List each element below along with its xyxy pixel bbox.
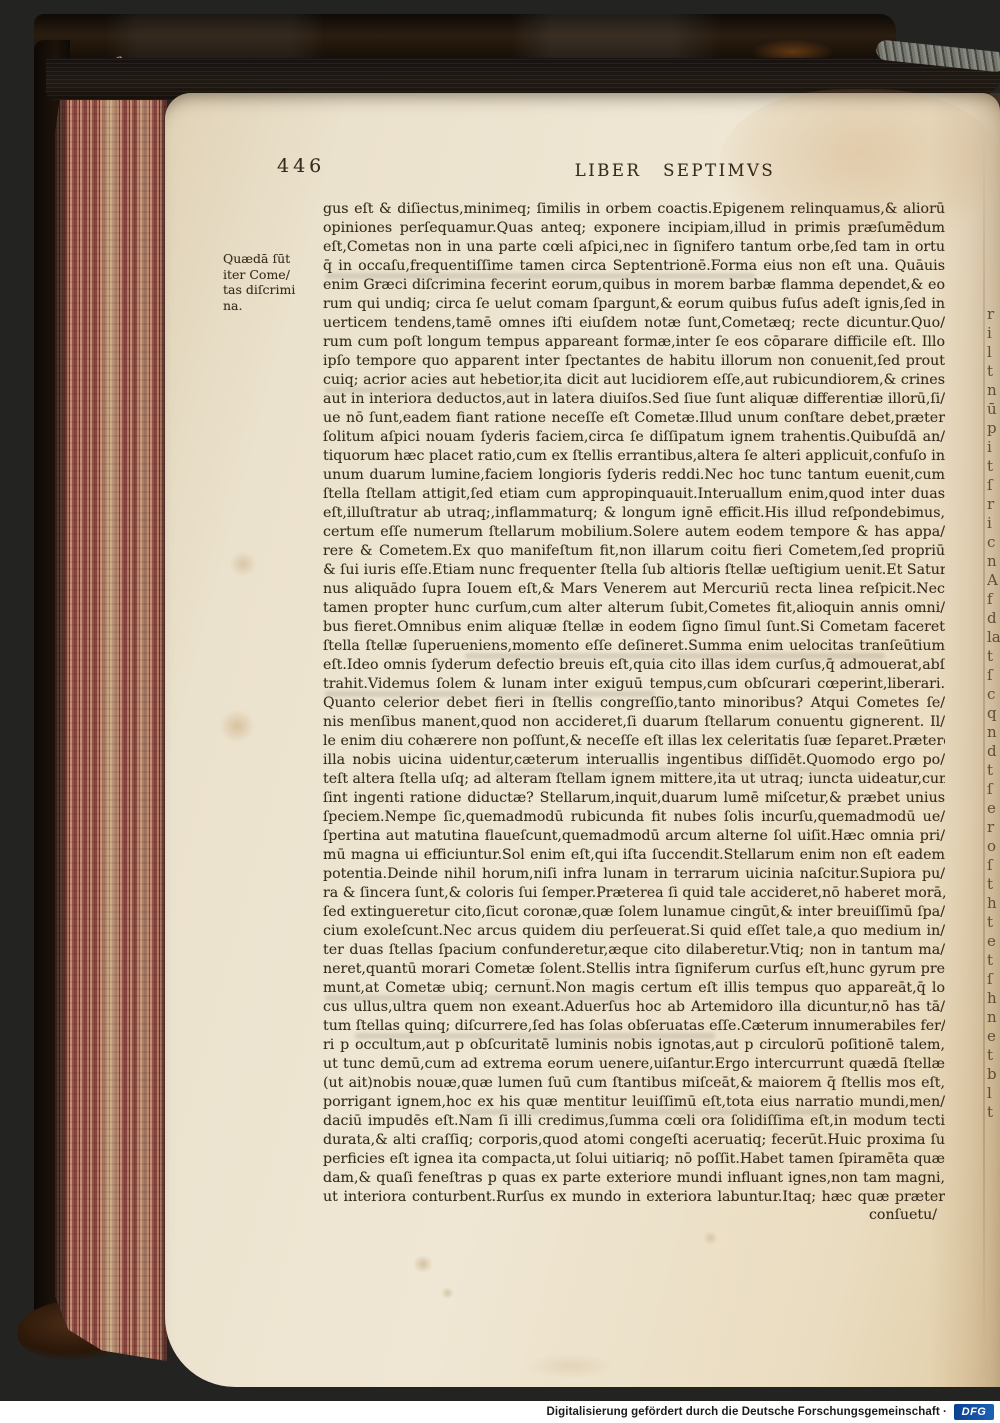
text-line: neret,quantū morari Cometæ ſolent.Stelli… — [323, 960, 945, 979]
text-line: cium exoleſcunt.Nec arcus quidem diu per… — [323, 922, 945, 941]
edge-letter: c — [987, 533, 1000, 552]
page-number: 446 — [277, 155, 325, 177]
edge-letter: t — [987, 1103, 1000, 1122]
edge-letter: r — [987, 818, 1000, 837]
text-line: potentia.Deinde nihil horum,niſi infra l… — [323, 865, 945, 884]
edge-letter: t — [987, 362, 1000, 381]
text-line: porrigant ignem,hoc ex his quæ mentitur … — [323, 1093, 945, 1112]
facing-page-edge-text: riltnūpitſricnAfdlatſcqndtſeroſthtetſhne… — [987, 305, 1000, 1150]
text-line: perficies eſt ignea ita compacta,ut ſolu… — [323, 1150, 945, 1169]
text-line: cuiq; acrior acies aut hebetior,ita dici… — [323, 371, 945, 390]
text-line: teſt altera ſtella uſq; ad alteram ſtell… — [323, 770, 945, 789]
book-page: 446 LIBER SEPTIMVS Quædā ſūtiter Come/ta… — [165, 93, 1000, 1387]
body-text: gus eſt & diſiectus,minimeq; ſimilis in … — [323, 200, 945, 1207]
text-line: opiniones perſequamur.Quas anteq; expone… — [323, 219, 945, 238]
edge-letter: A — [987, 571, 1000, 590]
running-title: LIBER SEPTIMVS — [525, 161, 825, 180]
text-line: ſint ingenti ratione diductæ? Stellarum,… — [323, 789, 945, 808]
edge-letter: i — [987, 324, 1000, 343]
edge-letter: t — [987, 951, 1000, 970]
edge-letter: e — [987, 1027, 1000, 1046]
text-line: & ſui iuris eſſe.Etiam nunc frequenter ſ… — [323, 561, 945, 580]
text-line: munt,at Cometæ ubiq; cernunt̄.Non magis … — [323, 979, 945, 998]
margin-note-line: na. — [223, 298, 311, 314]
text-line: daciū impudēs eſt.Nam ſi illi credimus,ſ… — [323, 1112, 945, 1131]
edge-letter: i — [987, 514, 1000, 533]
margin-note-line: tas diſcrimi — [223, 282, 311, 298]
edge-letter: n — [987, 723, 1000, 742]
text-line: tiquorum hæc placet ratio,cum ex ſtellis… — [323, 447, 945, 466]
text-line: ſolitum aſpici nouam ſyderis faciem,circ… — [323, 428, 945, 447]
book-scan-photo: 446 LIBER SEPTIMVS Quædā ſūtiter Come/ta… — [0, 0, 1000, 1423]
margin-note-line: iter Come/ — [223, 267, 311, 283]
edge-letter: c — [987, 685, 1000, 704]
text-line: nis menſibus manent,quod non accideret,ſ… — [323, 713, 945, 732]
paper-stain — [441, 1287, 454, 1299]
text-line: ut tunc demū,cum ad extrema eorum uenere… — [323, 1055, 945, 1074]
edge-letter: n — [987, 381, 1000, 400]
margin-note-line: Quædā ſūt — [223, 251, 311, 267]
text-line: ſed extingueretur cito,ſicut coronæ,quæ … — [323, 903, 945, 922]
edge-letter: i — [987, 438, 1000, 457]
text-line: aut in interiora deductos,aut in latera … — [323, 390, 945, 409]
text-line: eſt,illuſtratur ab utraq;,inflammaturq; … — [323, 504, 945, 523]
edge-letter: r — [987, 305, 1000, 324]
text-line: tum ſtellas quinq; diſcurrere,ſed has ſo… — [323, 1017, 945, 1036]
edge-letter: t — [987, 647, 1000, 666]
text-line: ſpertina aut matutina flaueſcunt,quemadm… — [323, 827, 945, 846]
edge-letter: ſ — [987, 780, 1000, 799]
text-line: ri p occultum,aut p obſcuritatē luminis … — [323, 1036, 945, 1055]
edge-letter: n — [987, 552, 1000, 571]
text-line: ra & ſincera ſunt,& coloris ſui ſemper.P… — [323, 884, 945, 903]
text-line: ut interiora conturbent.Rurſus ex mundo … — [323, 1188, 945, 1207]
text-line: unum duarum lumine,faciem longioris ſyde… — [323, 466, 945, 485]
paper-stain — [413, 1255, 433, 1273]
text-line: ue nō ſunt,eadem fiant ratione neceſſe e… — [323, 409, 945, 428]
page-gutter-crease — [983, 133, 985, 1357]
edge-letter: b — [987, 1065, 1000, 1084]
dfg-logo: DFG — [954, 1404, 994, 1420]
edge-letter: e — [987, 932, 1000, 951]
text-line: dam,& quaſi feneſtras p quas ex parte ex… — [323, 1169, 945, 1188]
edge-letter: t — [987, 875, 1000, 894]
edge-letter: ſ — [987, 970, 1000, 989]
text-line: trahit.Videmus ſolem & lunam inter exigu… — [323, 675, 945, 694]
edge-letter: ſ — [987, 666, 1000, 685]
text-line: gus eſt & diſiectus,minimeq; ſimilis in … — [323, 200, 945, 219]
text-line: illa nobis uicina uidentur,cæterum inter… — [323, 751, 945, 770]
text-line: nus aliquādo ſupra Iouem eſt,& Mars Vene… — [323, 580, 945, 599]
edge-letter: la — [987, 628, 1000, 647]
edge-letter: d — [987, 742, 1000, 761]
digitization-credit: Digitalisierung gefördert durch die Deut… — [546, 1406, 947, 1418]
text-line: ſtella ſtellam attigit,ſed etiam cum app… — [323, 485, 945, 504]
text-line: ſtella ſtellæ ſuperueniens,momento eſſe … — [323, 637, 945, 656]
text-line: eſt,Cometas non in una parte cœli aſpici… — [323, 238, 945, 257]
catchword: conſuetu/ — [323, 1207, 937, 1223]
margin-note: Quædā ſūtiter Come/tas diſcrimina. — [223, 251, 311, 313]
text-line: rere & Cometem.Ex quo manifeſtum fit,non… — [323, 542, 945, 561]
edge-letter: t — [987, 913, 1000, 932]
edge-letter: ū — [987, 400, 1000, 419]
text-line: bus fieret.Omnibus enim aliquæ ſtellæ in… — [323, 618, 945, 637]
text-line: le enim diu cohærere non poſſunt,& neceſ… — [323, 732, 945, 751]
edge-letter: l — [987, 1084, 1000, 1103]
edge-letter: t — [987, 1046, 1000, 1065]
edge-letter: n — [987, 1008, 1000, 1027]
text-line: ſpeciem.Nempe ſic,quemadmodū rubicunda f… — [323, 808, 945, 827]
edge-letter: q — [987, 704, 1000, 723]
book-fore-edge-pages — [55, 56, 167, 1361]
text-line: eſt.Ideo omnis ſyderum defectio breuis e… — [323, 656, 945, 675]
text-line: certum eſſe numerum ſtellarum mobilium.S… — [323, 523, 945, 542]
edge-letter: e — [987, 799, 1000, 818]
paper-stain — [229, 551, 257, 577]
text-line: ipſo tempore quo apparent inter ſpectant… — [323, 352, 945, 371]
paper-stain — [703, 1231, 718, 1245]
text-line: cus ullus,ultra quem non exeant.Aduerſus… — [323, 998, 945, 1017]
edge-letter: d — [987, 609, 1000, 628]
text-line: q̄ in occaſu,frequentiſſime tamen circa … — [323, 257, 945, 276]
text-line: (ut ait)nobis nouæ,quæ lumen ſuū cum ſta… — [323, 1074, 945, 1093]
edge-letter: o — [987, 837, 1000, 856]
edge-letter: l — [987, 343, 1000, 362]
text-line: Quanto celerior debet fieri in ſtellis c… — [323, 694, 945, 713]
text-line: rum qui undiq; circa ſe uelut comam ſpar… — [323, 295, 945, 314]
text-line: uerticem tendens,tamē omnes iſti eiuſdem… — [323, 314, 945, 333]
edge-letter: f — [987, 590, 1000, 609]
text-line: enim Græci diſcrimina fecerint eorum,qui… — [323, 276, 945, 295]
digitization-footer: Digitalisierung gefördert durch die Deut… — [0, 1401, 1000, 1423]
edge-letter: t — [987, 457, 1000, 476]
text-line: mū magna ui efficiuntur.Sol enim eſt,qui… — [323, 846, 945, 865]
edge-letter: h — [987, 894, 1000, 913]
edge-letter: t — [987, 761, 1000, 780]
edge-letter: r — [987, 495, 1000, 514]
edge-letter: p — [987, 419, 1000, 438]
paper-stain — [525, 1353, 615, 1379]
text-line: ter duas ſtellas ſpacium confunderetur,æ… — [323, 941, 945, 960]
paper-stain — [219, 709, 255, 743]
text-line: durata,& alti craſſiq; corporis,quod ato… — [323, 1131, 945, 1150]
edge-letter: ſ — [987, 856, 1000, 875]
text-line: rum cum poſt longum tempus appareant for… — [323, 333, 945, 352]
edge-letter: h — [987, 989, 1000, 1008]
text-line: tamen propter hunc curſum,cum alter alte… — [323, 599, 945, 618]
edge-letter: ſ — [987, 476, 1000, 495]
